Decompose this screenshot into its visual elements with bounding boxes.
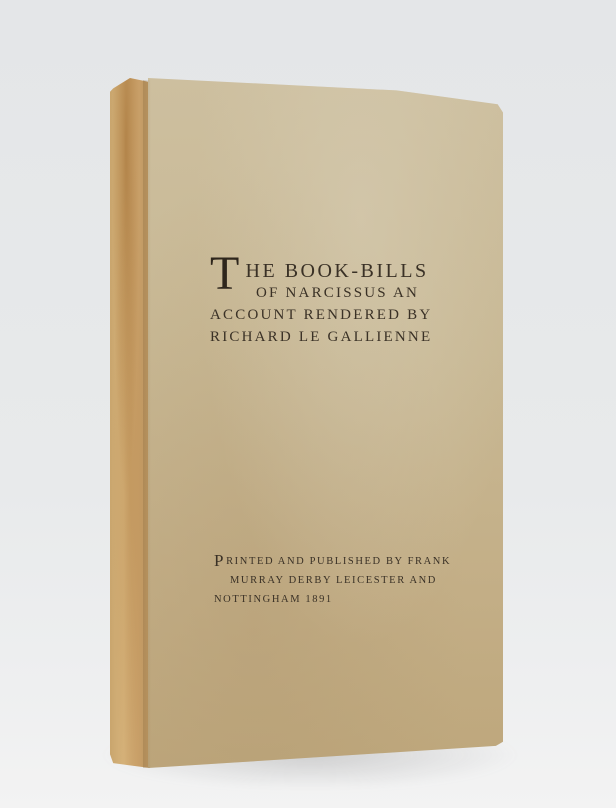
- imprint-line-1-text: RINTED AND PUBLISHED BY FRANK: [226, 556, 451, 567]
- cover-imprint: PRINTED AND PUBLISHED BY FRANK MURRAY DE…: [214, 552, 494, 609]
- book-front-cover: [148, 78, 503, 768]
- cover-title: T HE BOOK-BILLS OF NARCISSUS AN ACCOUNT …: [210, 250, 490, 348]
- title-line-4: RICHARD LE GALLIENNE: [210, 326, 490, 348]
- title-line-2: OF NARCISSUS AN: [210, 282, 490, 304]
- spine-hinge: [143, 80, 151, 768]
- imprint-line-1: PRINTED AND PUBLISHED BY FRANK: [214, 552, 494, 571]
- book: T HE BOOK-BILLS OF NARCISSUS AN ACCOUNT …: [0, 0, 616, 808]
- imprint-line-2: MURRAY DERBY LEICESTER AND: [214, 571, 494, 590]
- imprint-line-3: NOTTINGHAM 1891: [214, 590, 494, 609]
- title-dropcap: T: [210, 254, 242, 294]
- title-line-3: ACCOUNT RENDERED BY: [210, 304, 490, 326]
- imprint-dropcap: P: [214, 552, 225, 570]
- title-line-1: HE BOOK-BILLS: [210, 250, 490, 282]
